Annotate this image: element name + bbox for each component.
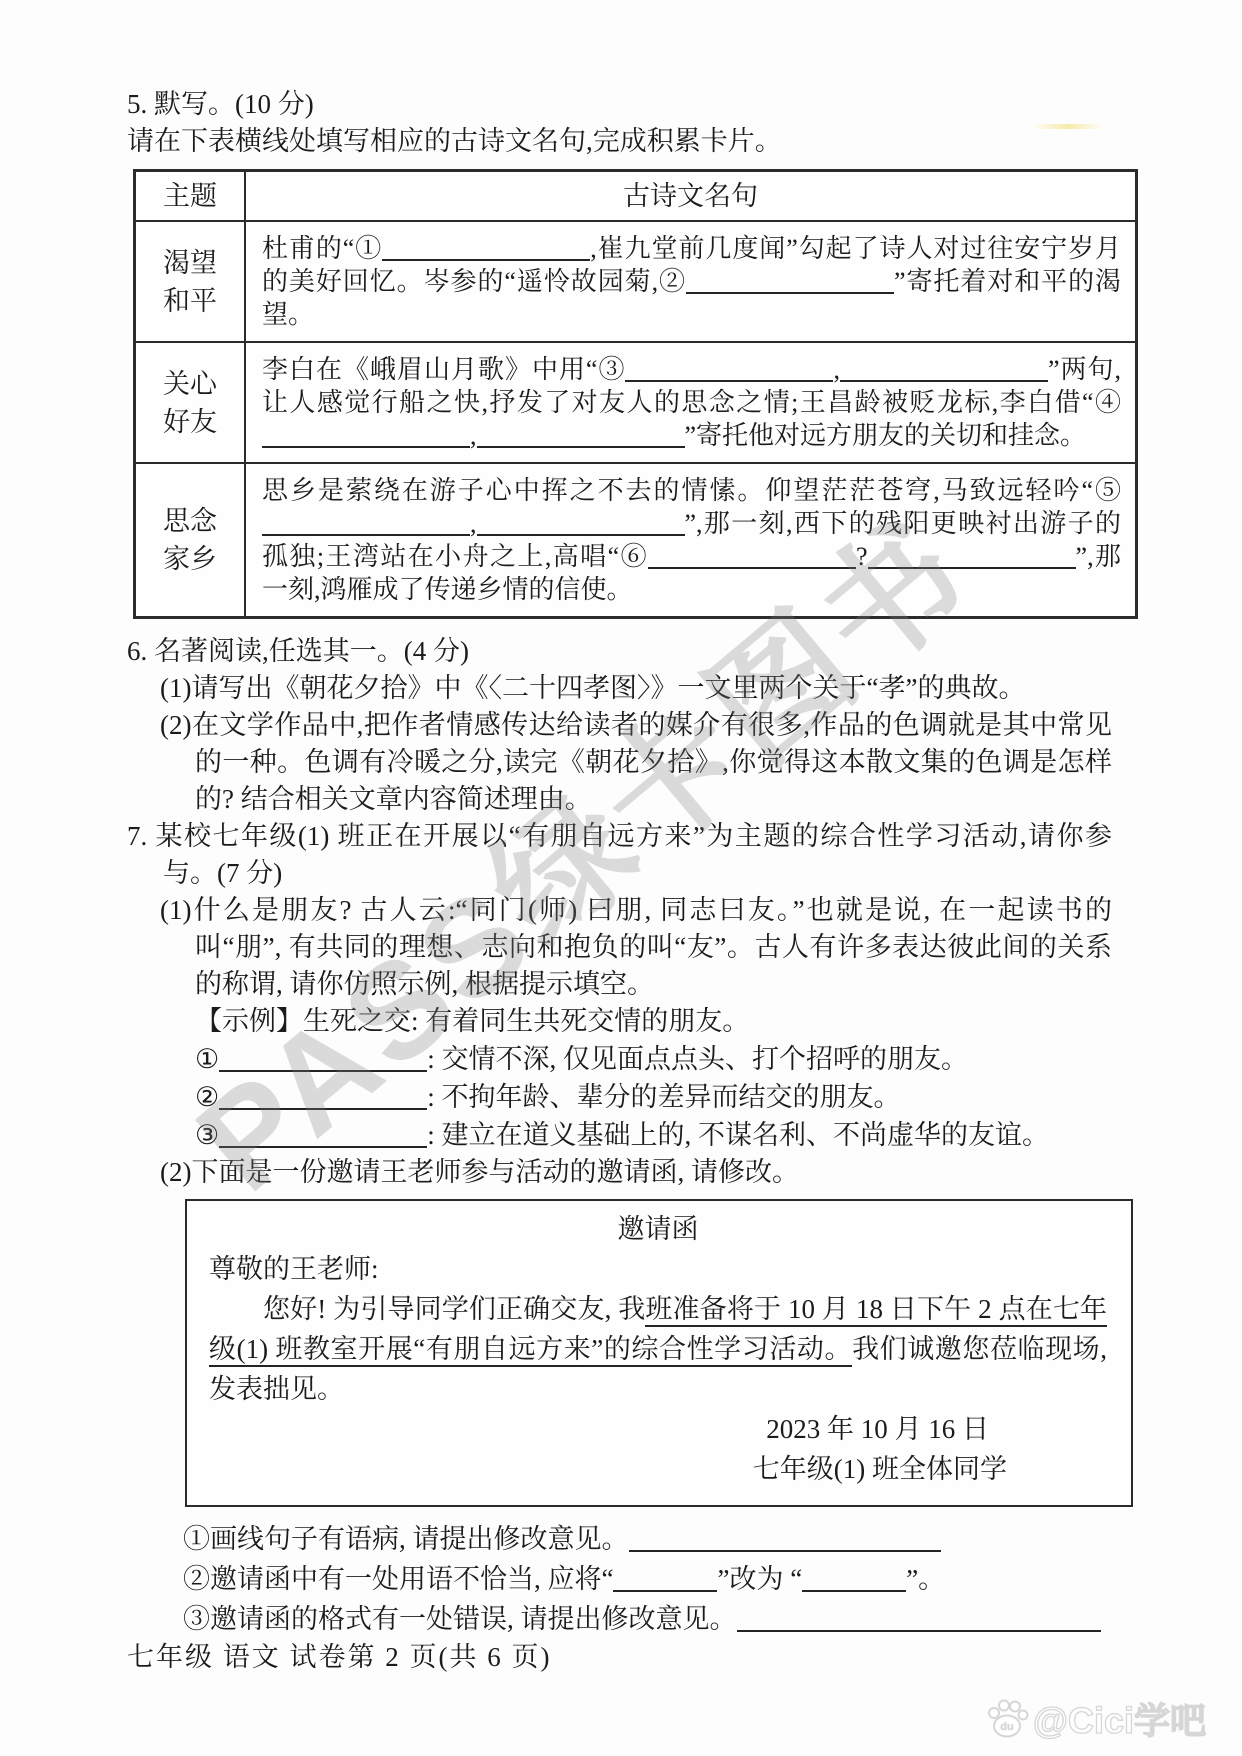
paw-icon: du — [985, 1696, 1031, 1742]
table-header-verse: 古诗文名句 — [244, 172, 1135, 222]
fill-blank — [802, 1563, 906, 1592]
invitation-body: 您好! 为引导同学们正确交友, 我班准备将于 10 月 18 日下午 2 点在七… — [209, 1289, 1107, 1409]
q7-fill-3: ③: 建立在道义基础上的, 不谋名利、不尚虚华的友谊。 — [127, 1116, 1112, 1154]
table-row-content: 思乡是萦绕在游子心中挥之不去的情愫。仰望茫茫苍穹,马致远轻吟“⑤,”,那一刻,西… — [244, 464, 1135, 616]
scan-artifact — [1032, 124, 1104, 129]
edit-item-2: ②邀请函中有一处用语不恰当, 应将“”改为 “”。 — [127, 1559, 1112, 1599]
corner-watermark: du @Cici学吧 — [985, 1693, 1206, 1744]
invitation-date: 2023 年 10 月 16 日 — [209, 1409, 1107, 1449]
table-row-theme: 渴望和平 — [136, 222, 244, 343]
fill-blank — [868, 541, 1076, 569]
q7-fill-1: ①: 交情不深, 仅见面点点头、打个招呼的朋友。 — [127, 1040, 1112, 1078]
poem-table: 主题 古诗文名句 渴望和平 杜甫的“①,崔九堂前几度闻”勾起了诗人对过往安宁岁月… — [133, 169, 1138, 619]
fill-blank — [477, 420, 685, 448]
fill-blank — [477, 508, 685, 536]
q7-item-2: (2)下面是一份邀请王老师参与活动的邀请函, 请修改。 — [127, 1154, 1112, 1191]
table-row-content: 杜甫的“①,崔九堂前几度闻”勾起了诗人对过往安宁岁月的美好回忆。岑参的“遥怜故园… — [244, 222, 1135, 343]
fill-blank — [737, 1603, 1101, 1632]
fill-blank — [219, 1043, 427, 1072]
corner-watermark-text: @Cici学吧 — [1033, 1693, 1206, 1744]
table-header-theme: 主题 — [136, 172, 244, 222]
table-row-theme: 思念家乡 — [136, 464, 244, 616]
invitation-title: 邀请函 — [209, 1209, 1107, 1249]
table-row-content: 李白在《峨眉山月歌》中用“③,”两句,让人感觉行船之快,抒发了对友人的思念之情;… — [244, 343, 1135, 464]
page-footer: 七年级 语文 试卷第 2 页(共 6 页) — [127, 1639, 1112, 1676]
fill-blank — [629, 1523, 941, 1552]
fill-blank — [625, 354, 833, 382]
invitation-box: 邀请函 尊敬的王老师: 您好! 为引导同学们正确交友, 我班准备将于 10 月 … — [185, 1199, 1133, 1507]
q7-title: 7. 某校七年级(1) 班正在开展以“有朋自远方来”为主题的综合性学习活动,请你… — [127, 818, 1112, 892]
edit-item-1: ①画线句子有语病, 请提出修改意见。 — [127, 1519, 1112, 1559]
invitation-body-pre: 您好! 为引导同学们正确交友, 我 — [263, 1294, 645, 1324]
fill-blank — [840, 354, 1048, 382]
edit-item-3: ③邀请函的格式有一处错误, 请提出修改意见。 — [127, 1599, 1112, 1639]
fill-blank — [686, 266, 894, 294]
invitation-salutation: 尊敬的王老师: — [209, 1249, 1107, 1289]
invitation-signature: 七年级(1) 班全体同学 — [209, 1449, 1107, 1489]
fill-blank — [648, 541, 856, 569]
exam-content: 5. 默写。(10 分) 请在下表横线处填写相应的古诗文名句,完成积累卡片。 主… — [127, 86, 1112, 1676]
q6-item-2: (2)在文学作品中,把作者情感传达给读者的媒介有很多,作品的色调就是其中常见的一… — [127, 707, 1112, 818]
fill-blank — [262, 508, 470, 536]
q7-item-1: (1)什么是朋友? 古人云:“同门(师) 曰朋, 同志曰友。”也就是说, 在一起… — [127, 892, 1112, 1003]
q5-title: 5. 默写。(10 分) — [127, 86, 1112, 123]
exam-page: 5. 默写。(10 分) 请在下表横线处填写相应的古诗文名句,完成积累卡片。 主… — [0, 0, 1242, 1756]
table-row-theme: 关心好友 — [136, 343, 244, 464]
fill-blank — [613, 1563, 717, 1592]
fill-blank — [219, 1119, 427, 1148]
fill-blank — [219, 1081, 427, 1110]
paw-label: du — [1000, 1721, 1013, 1733]
q7-example: 【示例】生死之交: 有着同生共死交情的朋友。 — [127, 1003, 1112, 1040]
fill-blank — [382, 233, 590, 261]
fill-blank — [262, 420, 470, 448]
q7-fill-2: ②: 不拘年龄、辈分的差异而结交的朋友。 — [127, 1078, 1112, 1116]
q6-title: 6. 名著阅读,任选其一。(4 分) — [127, 633, 1112, 670]
q6-item-1: (1)请写出《朝花夕拾》中《〈二十四孝图〉》一文里两个关于“孝”的典故。 — [127, 670, 1112, 707]
q5-intro: 请在下表横线处填写相应的古诗文名句,完成积累卡片。 — [127, 123, 1112, 160]
